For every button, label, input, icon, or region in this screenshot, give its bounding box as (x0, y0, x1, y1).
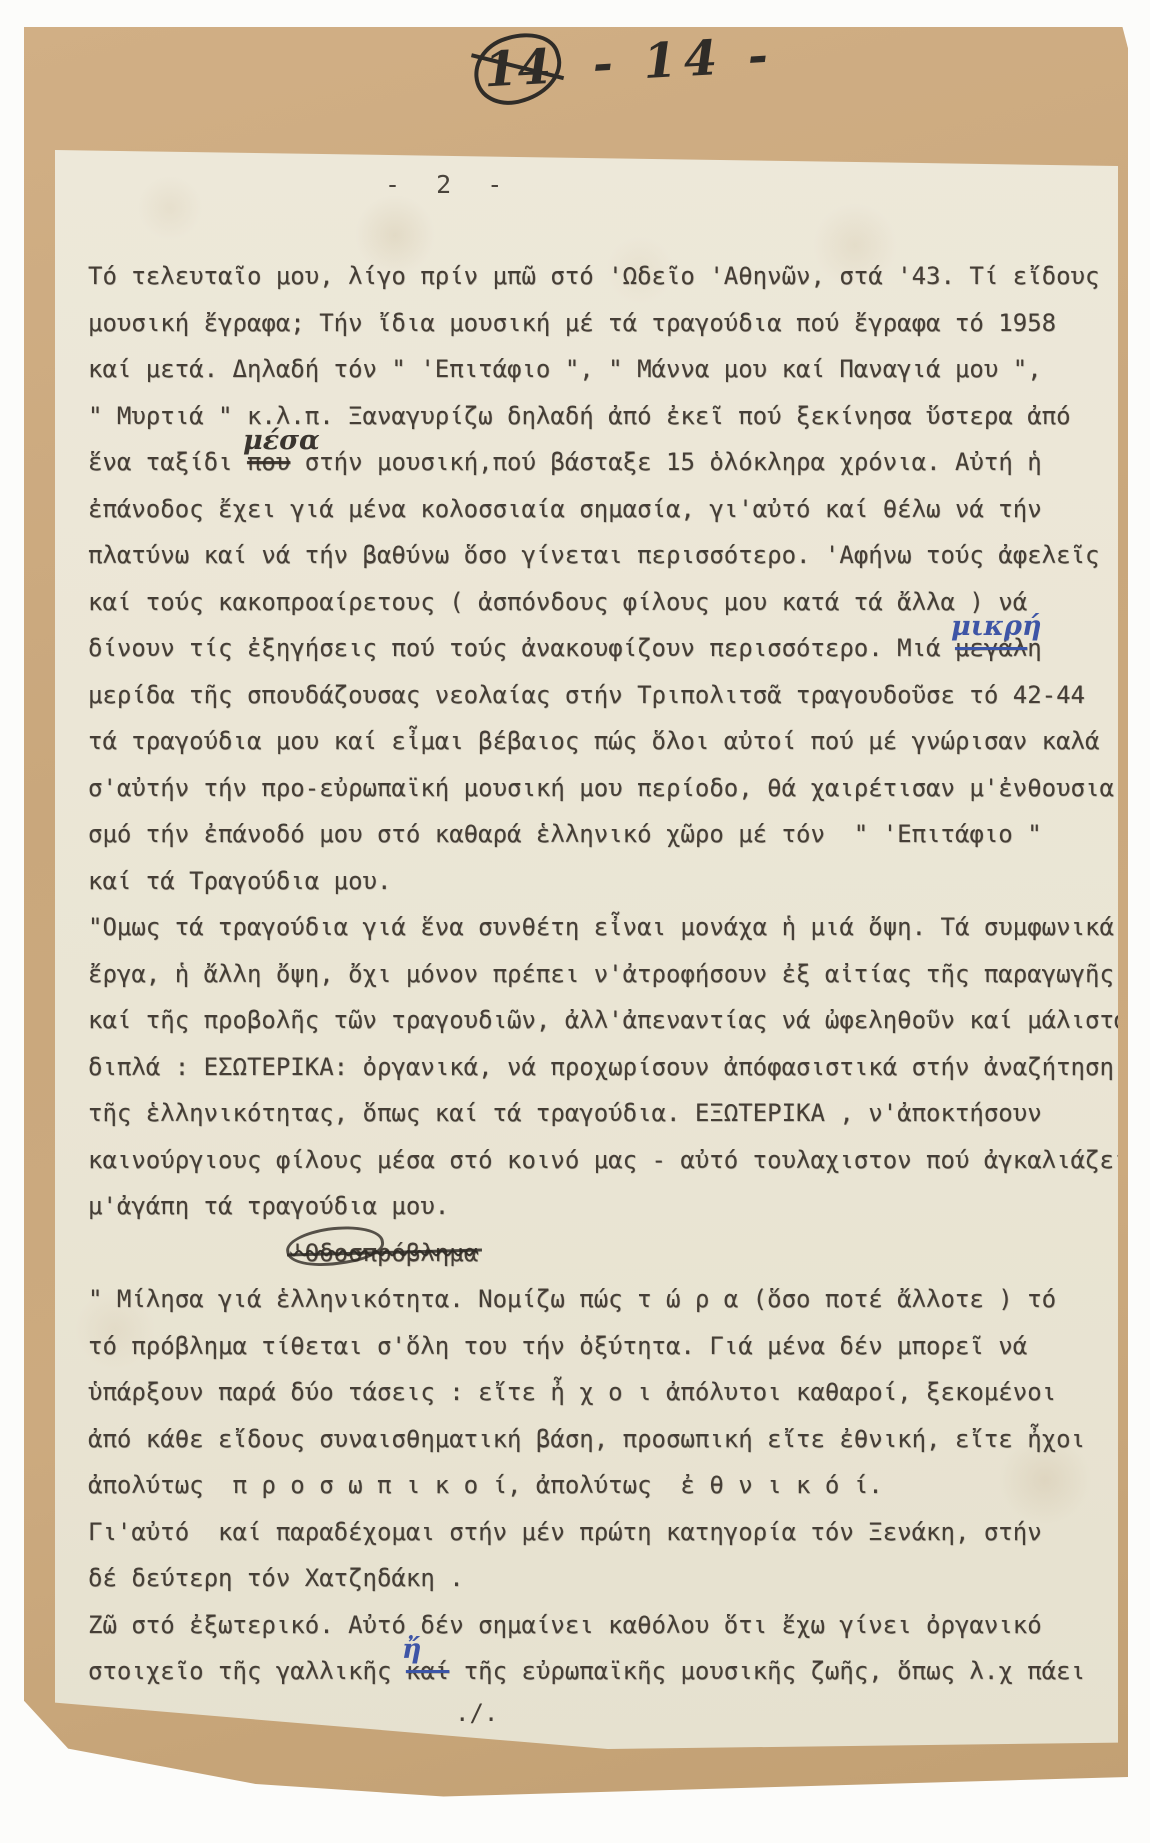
typed-line: διπλά : ΕΣΩΤΕΡΙΚΑ: ὀργανικά, νά προχωρίσ… (88, 1044, 1118, 1091)
typed-segment: δέ δεύτερη τόν Χατζηδάκη . (88, 1564, 464, 1592)
fold-crease (42, 1740, 244, 1831)
typed-segment: διπλά : ΕΣΩΤΕΡΙΚΑ: ὀργανικά, νά προχωρίσ… (88, 1053, 1114, 1081)
typed-line: ἔργα, ἡ ἄλλη ὄψη, ὄχι μόνον πρέπει ν'ἀτρ… (88, 951, 1118, 998)
typed-segment: μουσική ἔγραφα; Τήν ἴδια μουσική μέ τά τ… (88, 309, 1056, 337)
typed-segment: ἕνα ταξίδι (88, 448, 247, 476)
fold-crease (144, 1775, 472, 1811)
typed-segment: ἔργα, ἡ ἄλλη ὄψη, ὄχι μόνον πρέπει ν'ἀτρ… (88, 960, 1114, 988)
typed-segment: καί τά Τραγούδια μου. (88, 867, 391, 895)
typed-segment: ἀπολύτως π ρ ο σ ω π ι κ ο ί, ἀπολύτως ἐ… (88, 1471, 883, 1499)
typed-line: 'Οδοσπρόβλημα (88, 1230, 1118, 1277)
typed-segment: καινούργιους φίλους μέσα στό κοινό μας -… (88, 1146, 1118, 1174)
typed-line: ἀπολύτως π ρ ο σ ω π ι κ ο ί, ἀπολύτως ἐ… (88, 1462, 1118, 1509)
handwritten-page-label: - 14 - (591, 27, 776, 92)
typed-line: ἐπάνοδος ἔχει γιά μένα κολοσσιαία σημασί… (88, 486, 1118, 533)
typed-page-number: - 2 - (385, 170, 1118, 199)
scribbled-crossed-number: 14 (475, 39, 561, 99)
typed-segment: σ'αὐτήν τήν προ-εὐρωπαϊκή μουσική μου πε… (88, 774, 1118, 802)
typed-text-block: Τό τελευταῖο μου, λίγο πρίν μπῶ στό 'Ωδε… (55, 253, 1118, 1695)
typed-line: ὑπάρξουν παρά δύο τάσεις : εἴτε ἦ χ ο ι … (88, 1369, 1118, 1416)
correction-wrap: ἤκαί (406, 1648, 449, 1695)
typed-line: δίνουν τίς ἐξηγήσεις πού τούς ἀνακουφίζο… (88, 625, 1118, 672)
typed-segment: Γι'αὐτό καί παραδέχομαι στήν μέν πρώτη κ… (88, 1518, 1042, 1546)
typed-segment: ἐπάνοδος ἔχει γιά μένα κολοσσιαία σημασί… (88, 495, 1042, 523)
typed-line: καί μετά. Δηλαδή τόν " 'Επιτάφιο ", " Μά… (88, 346, 1118, 393)
typed-segment: καί τῆς προβολῆς τῶν τραγουδιῶν, ἀλλ'ἀπε… (88, 1006, 1118, 1034)
typed-line: Γι'αὐτό καί παραδέχομαι στήν μέν πρώτη κ… (88, 1509, 1118, 1556)
typed-segment: στοιχεῖο τῆς γαλλικῆς (88, 1657, 406, 1685)
typed-segment: Ζῶ στό ἐξωτερικό. Αὐτό δέν σημαίνει καθό… (88, 1611, 1042, 1639)
typed-line: ἕνα ταξίδι μέσαπου στήν μουσική,πού βάστ… (88, 439, 1118, 486)
typed-line: δέ δεύτερη τόν Χατζηδάκη . (88, 1555, 1118, 1602)
typed-line: Ζῶ στό ἐξωτερικό. Αὐτό δέν σημαίνει καθό… (88, 1602, 1118, 1649)
correction-wrap: μικρήμεγάλ (955, 625, 1027, 672)
typed-line: τό πρόβλημα τίθεται σ'ὅλη του τήν ὀξύτητ… (88, 1323, 1118, 1370)
typed-segment: "Ομως τά τραγούδια γιά ἕνα συνθέτη εἶναι… (88, 913, 1114, 941)
typed-segment: στήν μουσική,πού βάσταξε 15 ὁλόκληρα χρό… (290, 448, 1041, 476)
typed-segment: " Μυρτιά " κ.λ.π. Ξαναγυρίζω δηλαδή ἀπό … (88, 402, 1071, 430)
typed-line: μερίδα τῆς σπουδάζουσας νεολαίας στήν Τρ… (88, 672, 1118, 719)
typed-line: " Μίλησα γιά ἑλληνικότητα. Νομίζω πώς τ … (88, 1276, 1118, 1323)
typed-segment: καί μετά. Δηλαδή τόν " 'Επιτάφιο ", " Μά… (88, 355, 1042, 383)
typed-line: σμό τήν ἐπάνοδό μου στό καθαρά ἑλληνικό … (88, 811, 1118, 858)
typed-segment: ὑπάρξουν παρά δύο τάσεις : εἴτε ἦ χ ο ι … (88, 1378, 1056, 1406)
typed-segment: μερίδα τῆς σπουδάζουσας νεολαίας στήν Τρ… (88, 681, 1085, 709)
typed-segment: ἀπό κάθε εἴδους συναισθηματική βάση, προ… (88, 1425, 1085, 1453)
typescript-paper: - 2 - Τό τελευταῖο μου, λίγο πρίν μπῶ στ… (55, 150, 1118, 1749)
typed-line: Τό τελευταῖο μου, λίγο πρίν μπῶ στό 'Ωδε… (88, 253, 1118, 300)
strikethrough-segment: 'Οδοσπρόβλημα (290, 1230, 478, 1277)
cardboard-backing: 14 - 14 - - 2 - Τό τελευταῖο μου, λίγο π… (24, 27, 1128, 1800)
typed-segment: τῆς ἑλληνικότητας, ὅπως καί τά τραγούδια… (88, 1099, 1042, 1127)
typed-segment: δίνουν τίς ἐξηγήσεις πού τούς ἀνακουφίζο… (88, 634, 955, 662)
typed-line: καί τά Τραγούδια μου. (88, 858, 1118, 905)
footer-continuation-mark: ./. (55, 1699, 1118, 1727)
typed-line: τῆς ἑλληνικότητας, ὅπως καί τά τραγούδια… (88, 1090, 1118, 1137)
handwritten-insertion: μέσα (243, 427, 320, 454)
typed-line: πλατύνω καί νά τήν βαθύνω ὅσο γίνεται πε… (88, 532, 1118, 579)
handwritten-insertion: μικρή (951, 613, 1042, 640)
typed-segment: μ'ἀγάπη τά τραγούδια μου. (88, 1192, 449, 1220)
typed-segment: τῆς εὐρωπαϊκῆς μουσικῆς ζωῆς, ὅπως λ.χ π… (449, 1657, 1085, 1685)
typed-segment: καί τούς κακοπροαίρετους ( ἀσπόνδους φίλ… (88, 588, 1027, 616)
typed-line: ἀπό κάθε εἴδους συναισθηματική βάση, προ… (88, 1416, 1118, 1463)
typed-segment: Τό τελευταῖο μου, λίγο πρίν μπῶ στό 'Ωδε… (88, 262, 1099, 290)
typed-segment: " Μίλησα γιά ἑλληνικότητα. Νομίζω πώς τ … (88, 1285, 1056, 1313)
typed-line: καί τῆς προβολῆς τῶν τραγουδιῶν, ἀλλ'ἀπε… (88, 997, 1118, 1044)
typed-line: μουσική ἔγραφα; Τήν ἴδια μουσική μέ τά τ… (88, 300, 1118, 347)
handwritten-insertion: ἤ (402, 1636, 422, 1663)
typed-segment: σμό τήν ἐπάνοδό μου στό καθαρά ἑλληνικό … (88, 820, 1042, 848)
typed-line: "Ομως τά τραγούδια γιά ἕνα συνθέτη εἶναι… (88, 904, 1118, 951)
typed-segment: τά τραγούδια μου καί εἶμαι βέβαιος πώς ὅ… (88, 727, 1099, 755)
typed-segment: πλατύνω καί νά τήν βαθύνω ὅσο γίνεται πε… (88, 541, 1099, 569)
typed-segment: τό πρόβλημα τίθεται σ'ὅλη του τήν ὀξύτητ… (88, 1332, 1027, 1360)
typed-line: σ'αὐτήν τήν προ-εὐρωπαϊκή μουσική μου πε… (88, 765, 1118, 812)
typed-line: στοιχεῖο τῆς γαλλικῆς ἤκαί τῆς εὐρωπαϊκῆ… (88, 1648, 1118, 1695)
typed-segment (88, 1239, 290, 1267)
typed-line: τά τραγούδια μου καί εἶμαι βέβαιος πώς ὅ… (88, 718, 1118, 765)
typed-line: καινούργιους φίλους μέσα στό κοινό μας -… (88, 1137, 1118, 1184)
correction-wrap: μέσαπου (247, 439, 290, 486)
handwritten-page-note: 14 - 14 - (475, 27, 776, 99)
typed-line: μ'ἀγάπη τά τραγούδια μου. (88, 1183, 1118, 1230)
scanned-typescript-page: { "colors": { "backing": "#c9a77c", "pap… (0, 0, 1150, 1843)
